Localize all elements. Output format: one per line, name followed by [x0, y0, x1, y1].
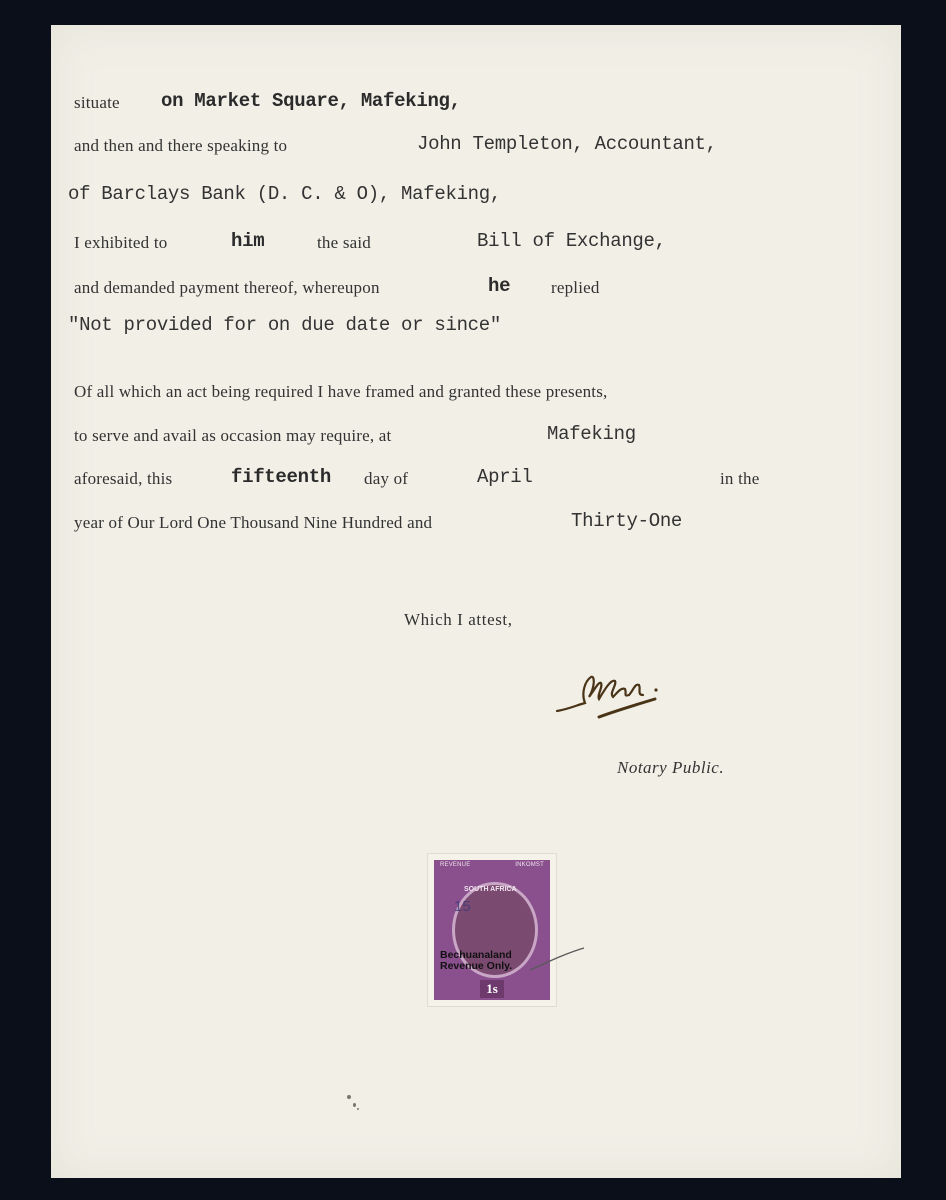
stamp-label-revenue: REVENUE [440, 862, 470, 868]
printed-text: and then and there speaking to [74, 136, 287, 156]
typed-person: John Templeton, Accountant, [417, 133, 717, 155]
typed-pronoun: he [488, 275, 510, 297]
printed-text: Of all which an act being required I hav… [74, 382, 607, 402]
stamp-body: REVENUE INKOMST SOUTH AFRICA 15 Bechuana… [434, 860, 550, 1000]
typed-instrument: Bill of Exchange, [477, 230, 666, 252]
signature-icon [555, 659, 665, 719]
typed-bank: of Barclays Bank (D. C. & O), Mafeking, [68, 183, 501, 205]
overprint-line-2: Revenue Only. [440, 961, 512, 972]
typed-day: fifteenth [231, 466, 331, 488]
printed-text: day of [364, 469, 408, 489]
typed-place: Mafeking [547, 423, 636, 445]
paper-speck [347, 1095, 351, 1099]
printed-text: year of Our Lord One Thousand Nine Hundr… [74, 513, 432, 533]
stamp-label-inkomst: INKOMST [515, 862, 544, 868]
typed-pronoun: him [231, 230, 264, 252]
printed-text: the said [317, 233, 371, 253]
printed-text: aforesaid, this [74, 469, 172, 489]
typed-month: April [477, 466, 533, 488]
printed-text: and demanded payment thereof, whereupon [74, 278, 380, 298]
pen-cancel-stroke-icon [528, 944, 588, 974]
printed-text: replied [551, 278, 600, 298]
typed-year: Thirty-One [571, 510, 682, 532]
printed-text: I exhibited to [74, 233, 167, 253]
printed-text: situate [74, 93, 120, 113]
stamp-value: 1s [480, 980, 504, 998]
paper-speck [357, 1108, 359, 1110]
document-page: situate on Market Square, Mafeking, and … [51, 25, 901, 1178]
typed-reply: "Not provided for on due date or since" [68, 314, 501, 336]
typed-address: on Market Square, Mafeking, [161, 90, 461, 112]
stamp-cancellation: 15 [454, 898, 471, 915]
revenue-stamp: REVENUE INKOMST SOUTH AFRICA 15 Bechuana… [428, 854, 556, 1006]
stamp-header: REVENUE INKOMST [434, 862, 550, 868]
attestation-text: Which I attest, [404, 610, 513, 630]
printed-text: in the [720, 469, 759, 489]
paper-speck [353, 1103, 356, 1107]
printed-text: to serve and avail as occasion may requi… [74, 426, 391, 446]
stamp-country: SOUTH AFRICA [464, 886, 517, 893]
signatory-title: Notary Public. [617, 758, 724, 778]
stamp-overprint: Bechuanaland Revenue Only. [440, 950, 512, 972]
